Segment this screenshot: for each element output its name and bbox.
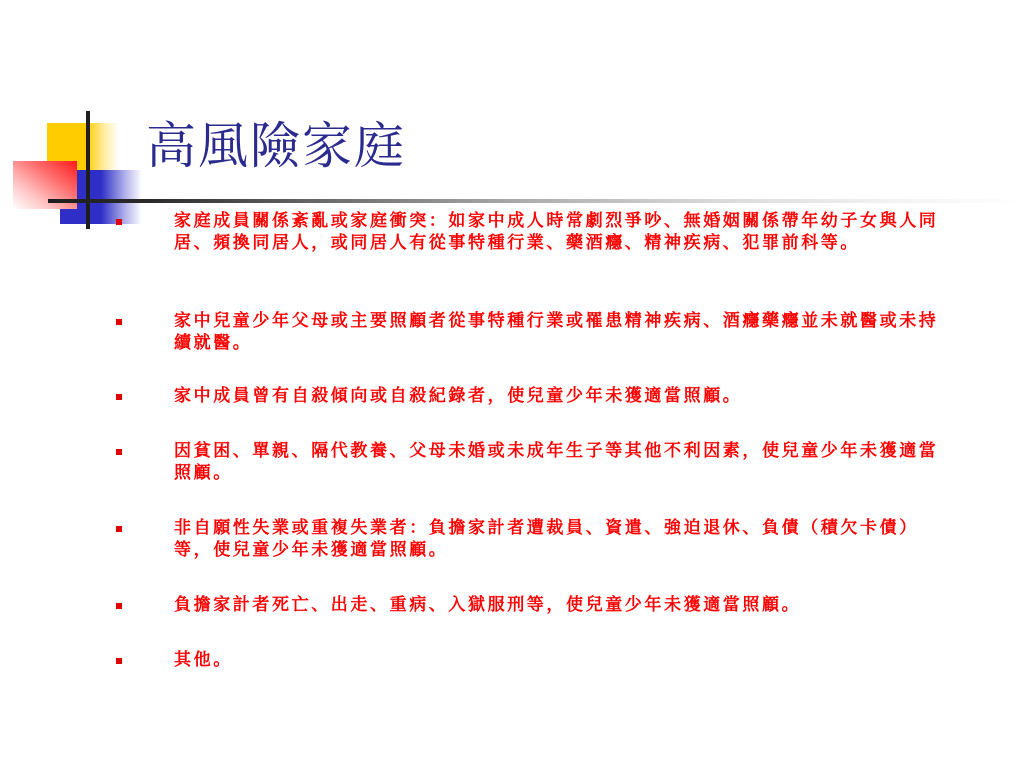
bullet-text: 負擔家計者死亡、出走、重病、入獄服刑等，使兒童少年未獲適當照顧。 xyxy=(174,594,954,616)
bullet-text: 非自願性失業或重複失業者：負擔家計者遭裁員、資遣、強迫退休、負債（積欠卡債）等，… xyxy=(174,517,954,561)
square-bullet-icon xyxy=(116,449,122,455)
bullet-text: 家庭成員關係紊亂或家庭衝突：如家中成人時常劇烈爭吵、無婚姻關係帶年幼子女與人同居… xyxy=(174,210,954,254)
square-bullet-icon xyxy=(116,603,122,609)
bullet-text: 家中兒童少年父母或主要照顧者從事特種行業或罹患精神疾病、酒癮藥癮並未就醫或未持續… xyxy=(174,310,954,354)
square-bullet-icon xyxy=(116,219,122,225)
square-bullet-icon xyxy=(116,394,122,400)
square-bullet-icon xyxy=(116,319,122,325)
decorative-vertical-bar xyxy=(86,111,90,229)
bullet-text: 其他。 xyxy=(174,649,954,671)
square-bullet-icon xyxy=(116,526,122,532)
bullet-text: 家中成員曾有自殺傾向或自殺紀錄者，使兒童少年未獲適當照顧。 xyxy=(174,385,954,407)
bullet-text: 因貧困、單親、隔代教養、父母未婚或未成年生子等其他不利因素，使兒童少年未獲適當照… xyxy=(174,440,954,484)
square-bullet-icon xyxy=(116,658,122,664)
slide-title: 高風險家庭 xyxy=(146,114,406,178)
title-underline-rule xyxy=(48,199,1024,203)
slide: 高風險家庭 家庭成員關係紊亂或家庭衝突：如家中成人時常劇烈爭吵、無婚姻關係帶年幼… xyxy=(0,0,1024,768)
